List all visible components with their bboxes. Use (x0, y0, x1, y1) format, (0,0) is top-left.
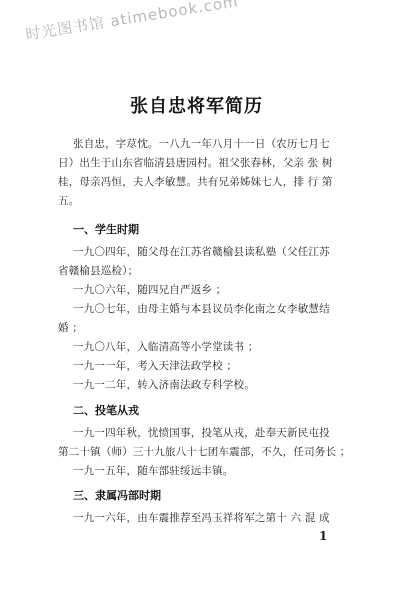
body-line: 一九一四年秋，忧愤国事，投笔从戎，赴奉天新民屯投 (73, 425, 330, 440)
watermark: 时光图书馆 atimebook.com (24, 0, 240, 45)
body-line: 省赣榆县巡检）； (58, 263, 138, 278)
intro-line: 日）出生于山东省临清县唐园村。祖父张春林，父亲 张 树 (58, 155, 333, 170)
body-line: 第二十镇（师）三十九旅八十七团车震部，不久，任司务长 ； (58, 444, 350, 459)
section-heading: 一、学生时期 (73, 221, 139, 237)
intro-line: 桂，母亲冯恒，夫人李敏慧。共有兄弟姊妹七人，排 行 第 (58, 174, 333, 189)
body-line: 一九一六年，由车震推荐至冯玉祥将军之第十 六 混 成 (73, 510, 330, 525)
page-number: 1 (319, 529, 327, 543)
body-line: 一九〇八年，入临清高等小学堂读书 ； (73, 339, 258, 354)
body-line: 一九一五年，随车部驻绥远丰镇。 (73, 463, 234, 478)
body-line: 一九一一年，考入天津法政学校 ； (73, 358, 237, 373)
section-heading: 二、投笔从戎 (73, 402, 139, 418)
body-line: 一九一二年，转入济南法政专科学校。 (73, 377, 255, 392)
body-line: 一九〇四年，随父母在江苏省赣榆县读私塾（父任江苏 (73, 244, 330, 259)
body-line: 婚 ； (58, 320, 83, 335)
page-title: 张自忠将军简历 (0, 92, 393, 118)
intro-line: 张自忠，字荩忱。一八九一年八月十一日（农历七月七 (73, 136, 330, 151)
intro-line: 五。 (58, 193, 79, 208)
body-line: 一九〇七年，由母主婚与本县议员李化南之女李敏慧结 (73, 301, 330, 316)
section-heading: 三、隶属冯部时期 (73, 487, 161, 503)
body-line: 一九〇六年，随四兄自严返乡 ； (73, 282, 226, 297)
